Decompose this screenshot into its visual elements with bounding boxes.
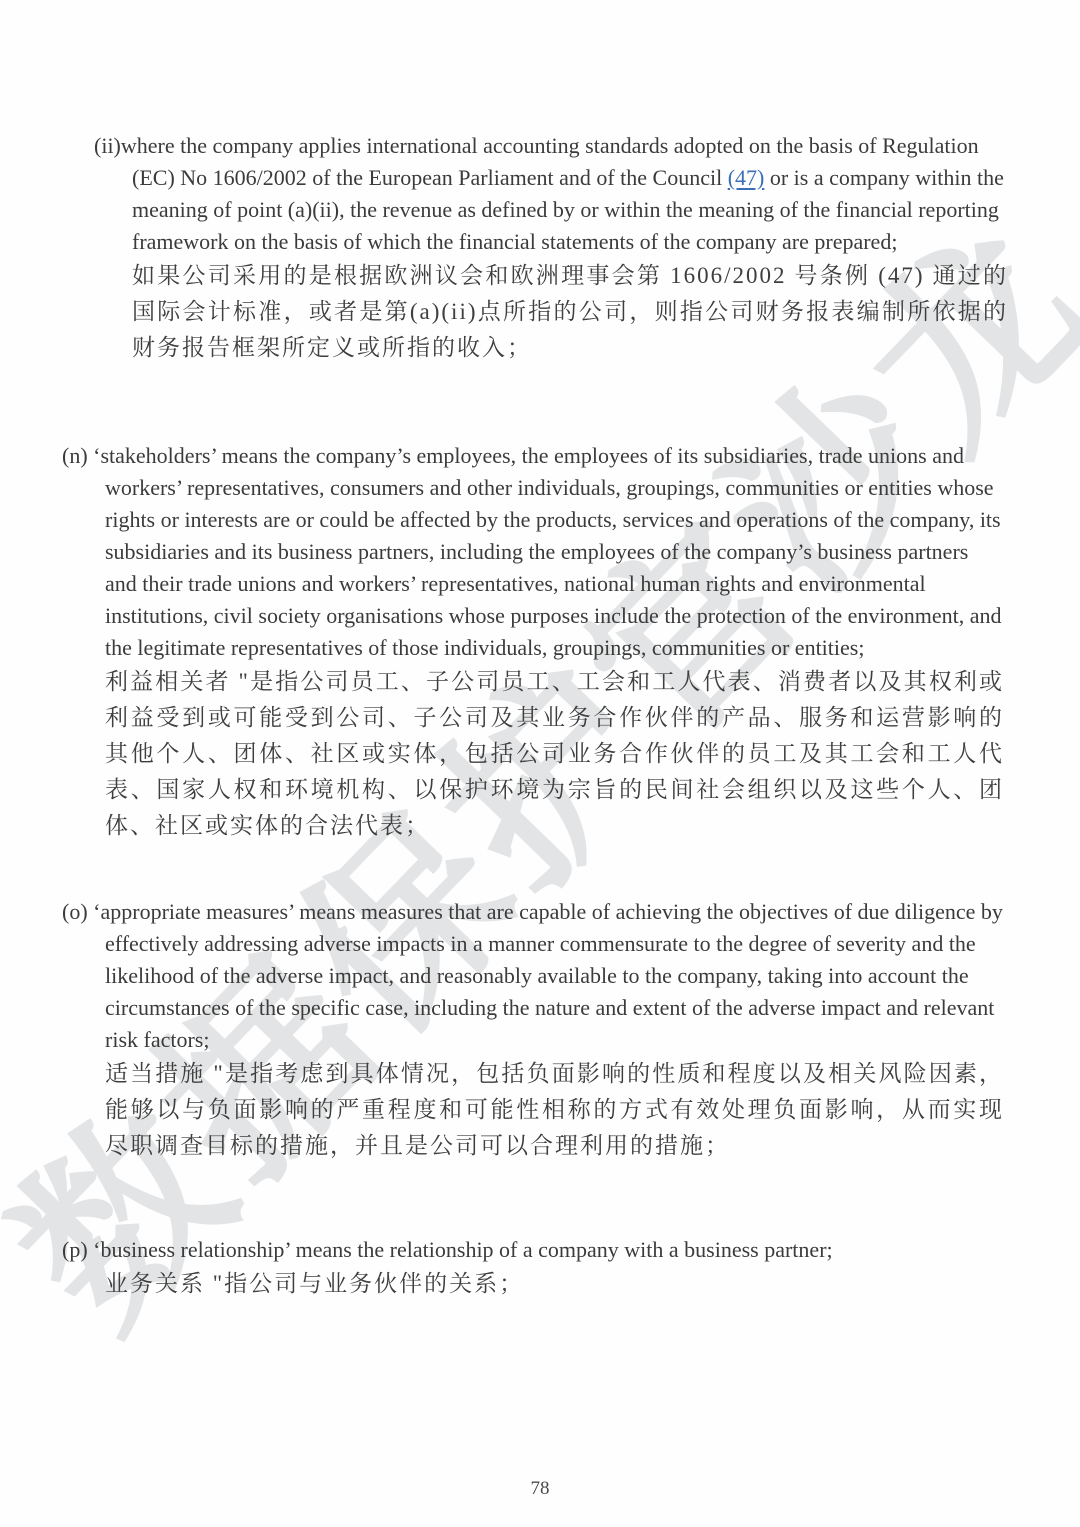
document-page: 数据保护官沙龙 (ii)where the company applies in… (0, 0, 1080, 1527)
clause-p-chinese: 业务关系 "指公司与业务伙伴的关系； (62, 1266, 1004, 1302)
clause-o-chinese: 适当措施 "是指考虑到具体情况，包括负面影响的性质和程度以及相关风险因素，能够以… (62, 1056, 1004, 1164)
page-content: (ii)where the company applies internatio… (0, 0, 1080, 1302)
clause-ii-english: (ii)where the company applies internatio… (94, 130, 1008, 258)
clause-n-text: ‘stakeholders’ means the company’s emplo… (88, 443, 1002, 660)
page-number: 78 (0, 1478, 1080, 1500)
clause-p-text: ‘business relationship’ means the relati… (88, 1237, 833, 1262)
clause-ii: (ii)where the company applies internatio… (94, 130, 1008, 366)
clause-n-label: (n) (62, 443, 88, 468)
footnote-47-link[interactable]: (47) (728, 165, 765, 190)
clause-o-text: ‘appropriate measures’ means measures th… (88, 899, 1003, 1052)
clause-n-english: (n) ‘stakeholders’ means the company’s e… (62, 440, 1004, 664)
clause-n-chinese: 利益相关者 "是指公司员工、子公司员工、工会和工人代表、消费者以及其权利或利益受… (62, 664, 1004, 844)
clause-p-english: (p) ‘business relationship’ means the re… (62, 1234, 1004, 1266)
clause-p: (p) ‘business relationship’ means the re… (62, 1234, 1004, 1302)
clause-o-english: (o) ‘appropriate measures’ means measure… (62, 896, 1004, 1056)
clause-ii-chinese: 如果公司采用的是根据欧洲议会和欧洲理事会第 1606/2002 号条例 (47)… (94, 258, 1008, 366)
clause-o: (o) ‘appropriate measures’ means measure… (62, 896, 1004, 1164)
clause-ii-label: (ii) (94, 133, 121, 158)
clause-o-label: (o) (62, 899, 88, 924)
clause-p-label: (p) (62, 1237, 88, 1262)
clause-n: (n) ‘stakeholders’ means the company’s e… (62, 440, 1004, 844)
